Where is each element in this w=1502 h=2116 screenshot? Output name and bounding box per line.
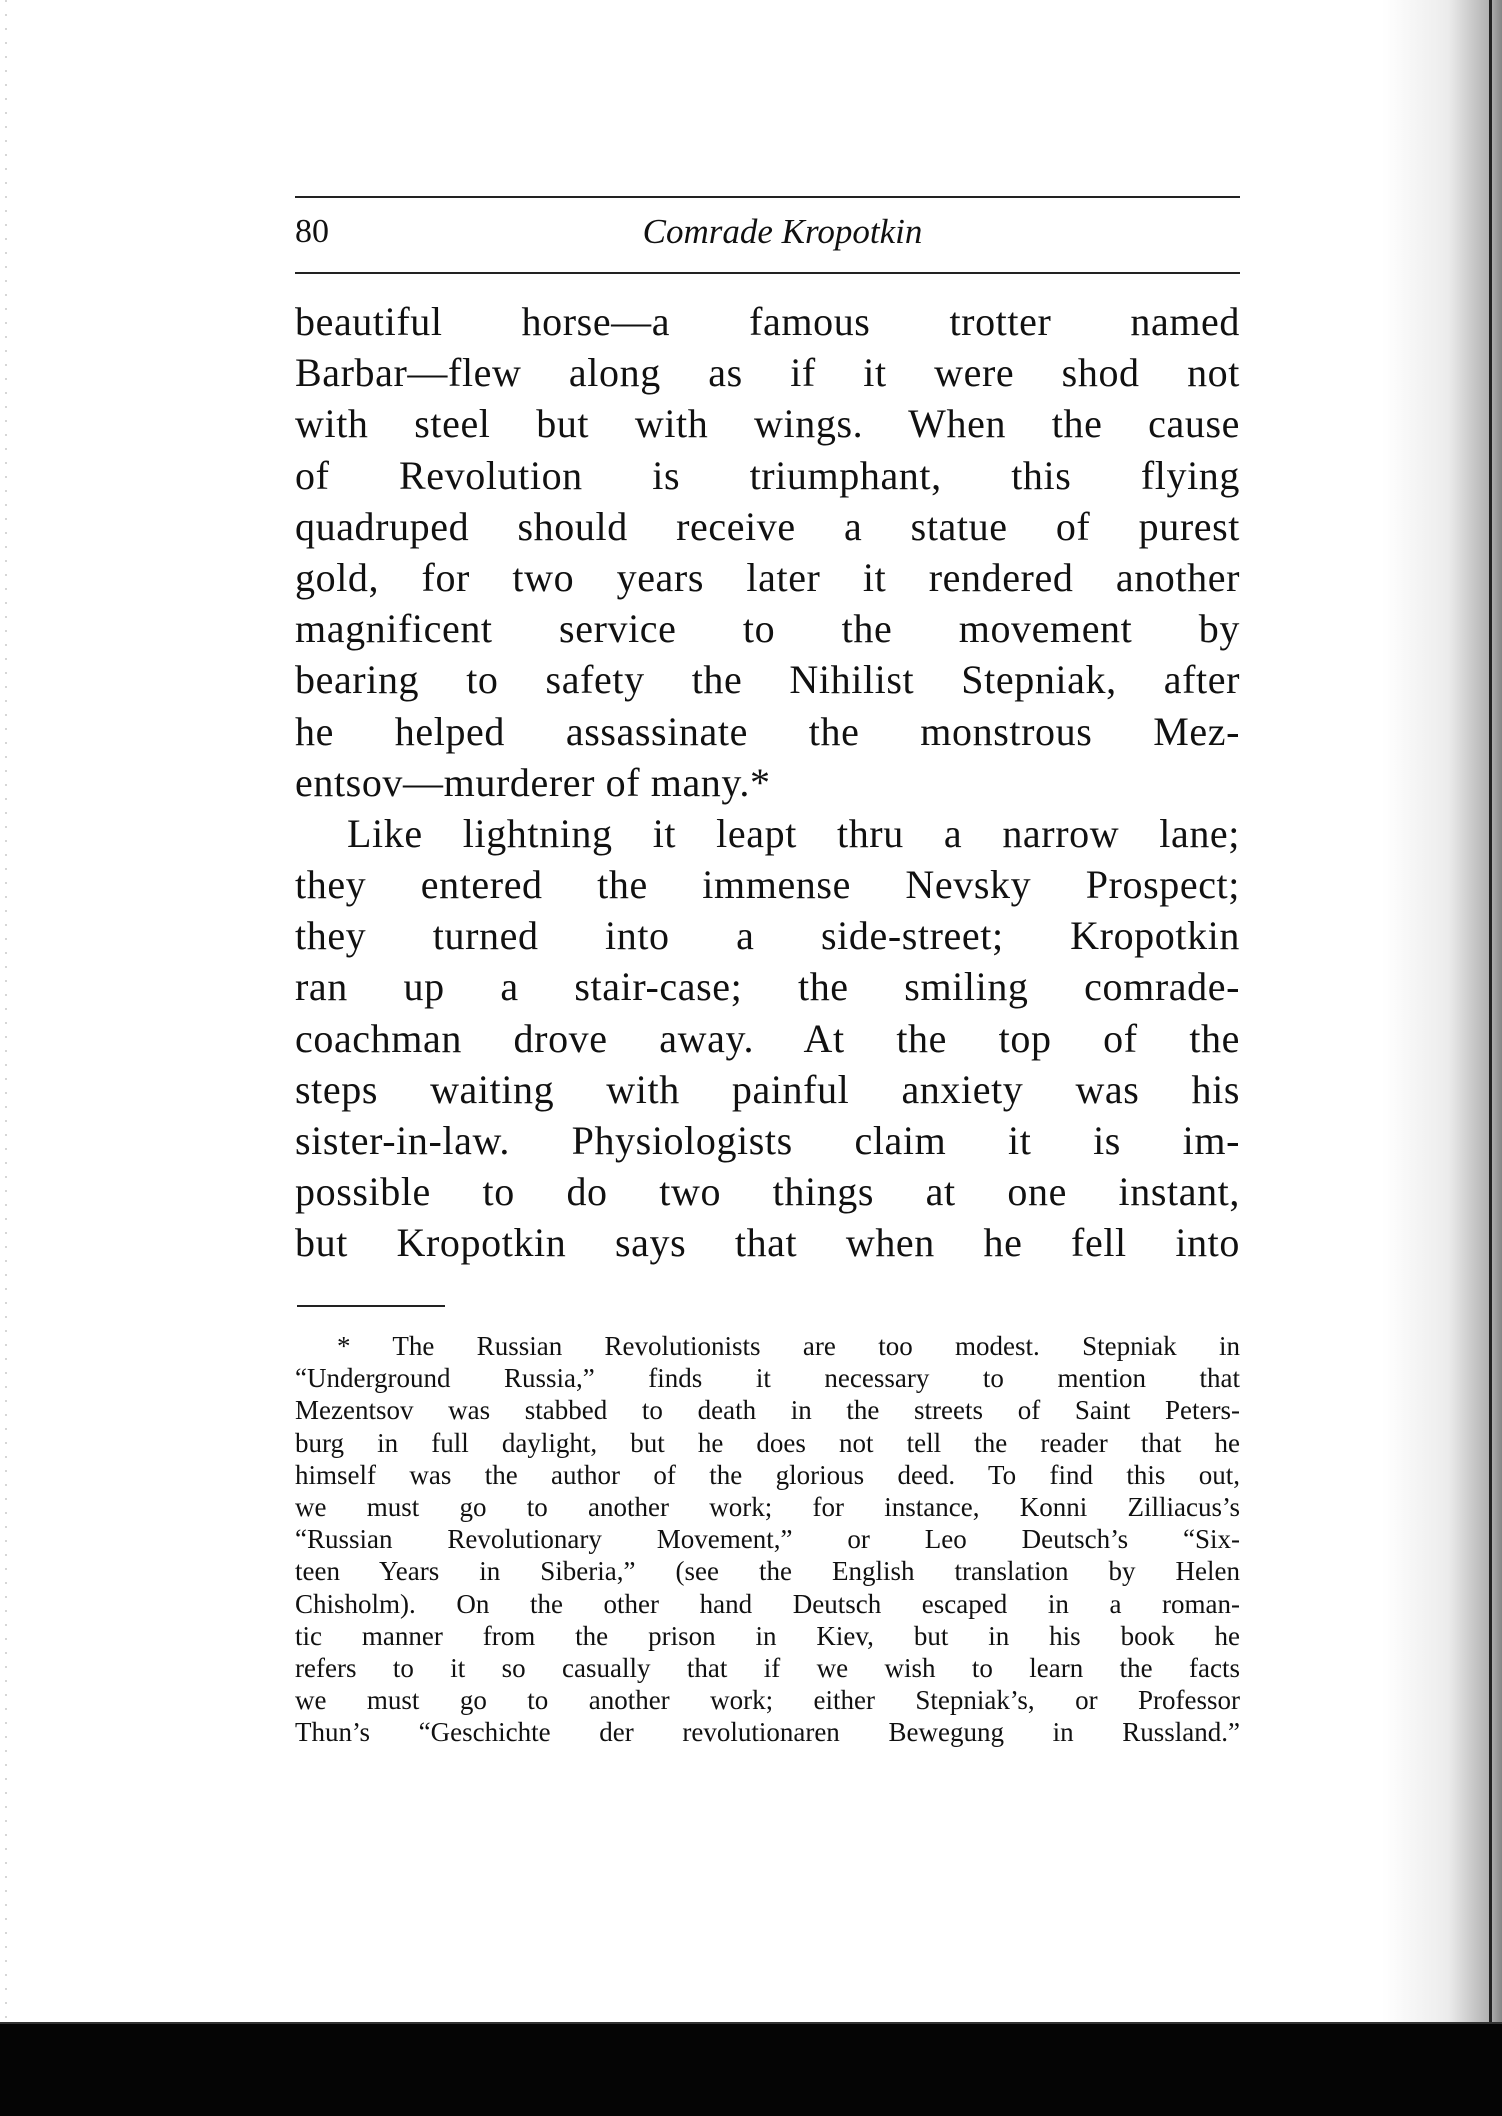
footnote: * The Russian Revolutionists are too mod… xyxy=(295,1330,1240,1748)
body-line: bearing to safety the Nihilist Stepniak,… xyxy=(295,654,1240,705)
page-right-edge xyxy=(1489,0,1492,2030)
body-text: beautiful horse—a famous trotter named B… xyxy=(295,296,1240,1269)
footnote-rule xyxy=(297,1305,445,1307)
body-line: coachman drove away. At the top of the xyxy=(295,1013,1240,1064)
footnote-line: * The Russian Revolutionists are too mod… xyxy=(295,1330,1240,1362)
body-line: entsov—murderer of many.* xyxy=(295,757,1240,808)
body-line: gold, for two years later it rendered an… xyxy=(295,552,1240,603)
running-title: Comrade Kropotkin xyxy=(295,212,1240,252)
body-line: he helped assassinate the monstrous Mez- xyxy=(295,706,1240,757)
footnote-line: himself was the author of the glorious d… xyxy=(295,1459,1240,1491)
body-line: they entered the immense Nevsky Prospect… xyxy=(295,859,1240,910)
binding-shadow xyxy=(1382,0,1502,2030)
body-line: sister-in-law. Physiologists claim it is… xyxy=(295,1115,1240,1166)
body-line: magnificent service to the movement by xyxy=(295,603,1240,654)
footnote-line: we must go to another work; for instance… xyxy=(295,1491,1240,1523)
body-line: of Revolution is triumphant, this flying xyxy=(295,450,1240,501)
body-line: but Kropotkin says that when he fell int… xyxy=(295,1217,1240,1268)
page-left-edge xyxy=(5,0,7,2030)
footnote-line: we must go to another work; either Stepn… xyxy=(295,1684,1240,1716)
footnote-line: Mezentsov was stabbed to death in the st… xyxy=(295,1394,1240,1426)
footnote-line: Chisholm). On the other hand Deutsch esc… xyxy=(295,1588,1240,1620)
footnote-line: teen Years in Siberia,” (see the English… xyxy=(295,1555,1240,1587)
footnote-line: “Russian Revolutionary Movement,” or Leo… xyxy=(295,1523,1240,1555)
body-line: quadruped should receive a statue of pur… xyxy=(295,501,1240,552)
body-line: Barbar—flew along as if it were shod not xyxy=(295,347,1240,398)
footnote-line: tic manner from the prison in Kiev, but … xyxy=(295,1620,1240,1652)
body-line: steps waiting with painful anxiety was h… xyxy=(295,1064,1240,1115)
book-page: 80 Comrade Kropotkin beautiful horse—a f… xyxy=(0,0,1502,2116)
scan-bottom-border xyxy=(0,2022,1502,2116)
footnote-line: refers to it so casually that if we wish… xyxy=(295,1652,1240,1684)
body-line: possible to do two things at one instant… xyxy=(295,1166,1240,1217)
footnote-line: Thun’s “Geschichte der revolutionaren Be… xyxy=(295,1716,1240,1748)
footnote-line: burg in full daylight, but he does not t… xyxy=(295,1427,1240,1459)
body-line: Like lightning it leapt thru a narrow la… xyxy=(295,808,1240,859)
body-line: with steel but with wings. When the caus… xyxy=(295,398,1240,449)
running-header: 80 Comrade Kropotkin xyxy=(295,196,1240,274)
body-line: they turned into a side-street; Kropotki… xyxy=(295,910,1240,961)
body-line: ran up a stair-case; the smiling comrade… xyxy=(295,961,1240,1012)
footnote-line: “Underground Russia,” finds it necessary… xyxy=(295,1362,1240,1394)
body-line: beautiful horse—a famous trotter named xyxy=(295,296,1240,347)
